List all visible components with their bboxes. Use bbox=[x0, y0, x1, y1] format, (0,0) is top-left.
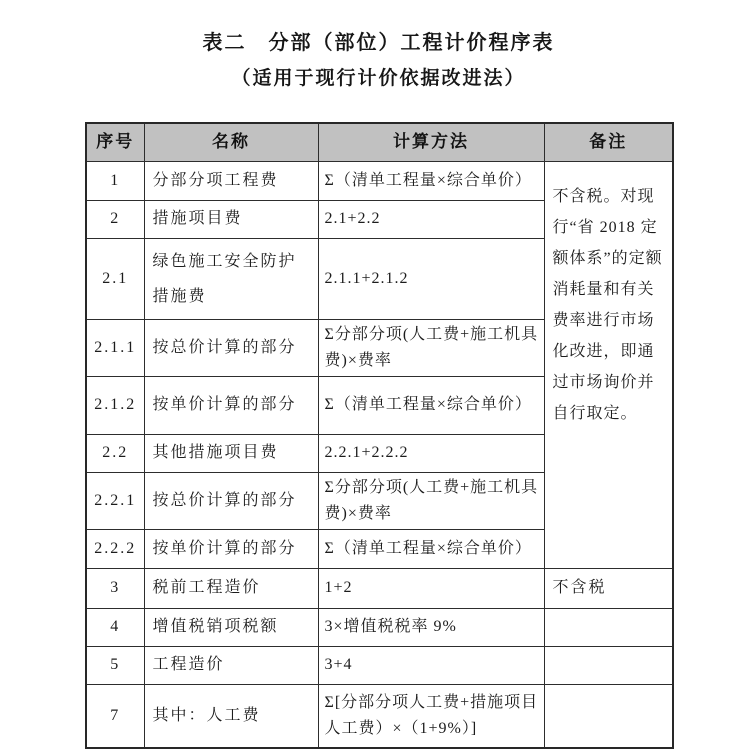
row-name: 其中：人工费 bbox=[144, 684, 318, 748]
row-name: 分部分项工程费 bbox=[144, 161, 318, 200]
row-no: 3 bbox=[86, 568, 144, 608]
row-no: 2.1.2 bbox=[86, 376, 144, 434]
row-no: 4 bbox=[86, 608, 144, 646]
row-method: 1+2 bbox=[318, 568, 544, 608]
row-name: 绿色施工安全防护措施费 bbox=[144, 238, 318, 319]
pricing-procedure-table: 序号 名称 计算方法 备注 1 分部分项工程费 Σ（清单工程量×综合单价） 不含… bbox=[85, 122, 674, 749]
row-method: Σ（清单工程量×综合单价） bbox=[318, 529, 544, 568]
row-method: Σ分部分项(人工费+施工机具费)×费率 bbox=[318, 319, 544, 376]
page-subtitle: （适用于现行计价依据改进法） bbox=[85, 63, 672, 90]
header-no: 序号 bbox=[86, 123, 144, 161]
table-row: 1 分部分项工程费 Σ（清单工程量×综合单价） 不含税。对现行“省 2018 定… bbox=[86, 161, 673, 200]
row-remark-empty bbox=[544, 608, 673, 646]
table-header-row: 序号 名称 计算方法 备注 bbox=[86, 123, 673, 161]
merged-remark-cell: 不含税。对现行“省 2018 定额体系”的定额消耗量和有关费率进行市场化改进，即… bbox=[544, 161, 673, 568]
row-no: 2.1.1 bbox=[86, 319, 144, 376]
header-method: 计算方法 bbox=[318, 123, 544, 161]
header-remark: 备注 bbox=[544, 123, 673, 161]
row-no: 2.2 bbox=[86, 434, 144, 472]
row-method: 2.2.1+2.2.2 bbox=[318, 434, 544, 472]
document-page: 表二 分部（部位）工程计价程序表 （适用于现行计价依据改进法） 序号 名称 计算… bbox=[0, 0, 750, 756]
row-method: Σ[分部分项人工费+措施项目人工费）×（1+9%）] bbox=[318, 684, 544, 748]
page-title: 表二 分部（部位）工程计价程序表 bbox=[85, 26, 672, 55]
row-method: 3×增值税税率 9% bbox=[318, 608, 544, 646]
table-row: 4 增值税销项税额 3×增值税税率 9% bbox=[86, 608, 673, 646]
row-remark-empty bbox=[544, 684, 673, 748]
table-row: 5 工程造价 3+4 bbox=[86, 646, 673, 684]
row-remark: 不含税 bbox=[544, 568, 673, 608]
row-remark-empty bbox=[544, 646, 673, 684]
row-name: 按总价计算的部分 bbox=[144, 319, 318, 376]
row-no: 2.1 bbox=[86, 238, 144, 319]
row-no: 2.2.1 bbox=[86, 472, 144, 529]
row-name: 措施项目费 bbox=[144, 200, 318, 238]
row-method: 2.1.1+2.1.2 bbox=[318, 238, 544, 319]
table-row: 7 其中：人工费 Σ[分部分项人工费+措施项目人工费）×（1+9%）] bbox=[86, 684, 673, 748]
header-name: 名称 bbox=[144, 123, 318, 161]
row-name: 工程造价 bbox=[144, 646, 318, 684]
row-no: 7 bbox=[86, 684, 144, 748]
row-name: 其他措施项目费 bbox=[144, 434, 318, 472]
row-name: 按单价计算的部分 bbox=[144, 529, 318, 568]
row-no: 5 bbox=[86, 646, 144, 684]
row-method: Σ（清单工程量×综合单价） bbox=[318, 161, 544, 200]
row-method: 3+4 bbox=[318, 646, 544, 684]
table-row: 3 税前工程造价 1+2 不含税 bbox=[86, 568, 673, 608]
row-no: 1 bbox=[86, 161, 144, 200]
row-name: 增值税销项税额 bbox=[144, 608, 318, 646]
row-method: Σ分部分项(人工费+施工机具费)×费率 bbox=[318, 472, 544, 529]
row-no: 2.2.2 bbox=[86, 529, 144, 568]
row-name: 按总价计算的部分 bbox=[144, 472, 318, 529]
row-name: 税前工程造价 bbox=[144, 568, 318, 608]
row-name: 按单价计算的部分 bbox=[144, 376, 318, 434]
row-method: 2.1+2.2 bbox=[318, 200, 544, 238]
row-method: Σ（清单工程量×综合单价） bbox=[318, 376, 544, 434]
row-no: 2 bbox=[86, 200, 144, 238]
